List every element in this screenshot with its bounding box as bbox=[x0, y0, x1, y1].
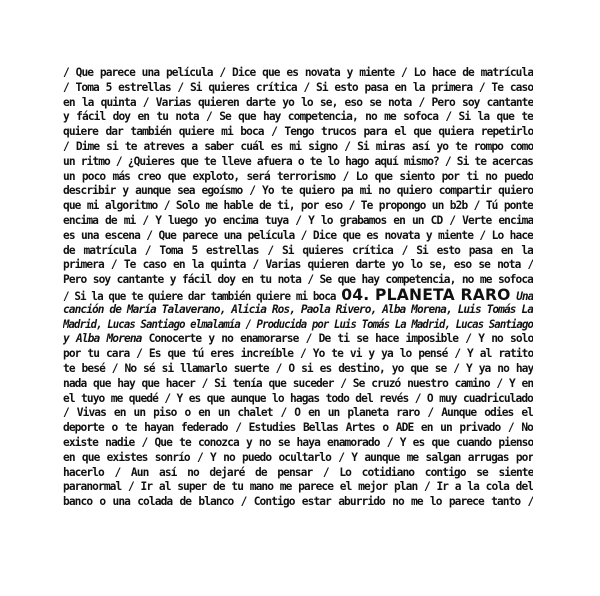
track-heading-line: / Si la que te quiere dar también quiere… bbox=[63, 288, 533, 303]
lyrics-line: un ritmo / ¿Quieres que te lleve afuera … bbox=[63, 155, 533, 170]
track-credit: Una bbox=[516, 290, 533, 303]
lyrics-start: Conocerte y no enamorarse / De ti se hac… bbox=[149, 332, 533, 345]
lyrics-line: encima de mi / Y luego yo encima tuya / … bbox=[63, 214, 533, 229]
lyrics-line: en la quinta / Varias quieren darte yo l… bbox=[63, 96, 533, 111]
lyrics-page: / Que parece una película / Dice que es … bbox=[63, 66, 533, 510]
lyrics-line: por tu cara / Es que tú eres increíble /… bbox=[63, 347, 533, 362]
lyrics-line: / Que parece una película / Dice que es … bbox=[63, 66, 533, 81]
lyrics-line: banco o una colada de blanco / Contigo e… bbox=[63, 495, 533, 510]
lyrics-line: es una escena / Que parece una película … bbox=[63, 229, 533, 244]
lyrics-line: nada que hay que hacer / Si tenía que su… bbox=[63, 377, 533, 392]
lyrics-line: te besé / No sé si llamarlo suerte / O s… bbox=[63, 362, 533, 377]
lyrics-line: un poco más creo que exploto, será terro… bbox=[63, 170, 533, 185]
lyrics-line: el tuyo me quedé / Y es que aunque lo ha… bbox=[63, 392, 533, 407]
credit-line: canción de María Talaverano, Alicia Ros,… bbox=[63, 303, 533, 318]
credit-line-end: y Alba Morena bbox=[63, 332, 142, 345]
lyrics-line: y fácil doy en tu nota / Se que hay comp… bbox=[63, 110, 533, 125]
lyrics-line: quiere dar también quiere mi boca / Teng… bbox=[63, 125, 533, 140]
lyrics-line: deporte o te hayan federado / Estudies B… bbox=[63, 421, 533, 436]
credit-line: Madrid, Lucas Santiago elmalamía / Produ… bbox=[63, 318, 533, 333]
lyrics-line: primera / Te caso en la quinta / Varias … bbox=[63, 258, 533, 273]
lyrics-line: de matrícula / Toma 5 estrellas / Si qui… bbox=[63, 244, 533, 259]
lyrics-line: existe nadie / Que te conozca y no se ha… bbox=[63, 436, 533, 451]
lyrics-line: que mi algoritmo / Solo me hable de ti, … bbox=[63, 199, 533, 214]
lyrics-line: en que existes sonrío / Y no puedo ocult… bbox=[63, 451, 533, 466]
lyrics-line: hacerlo / Aun así no dejaré de pensar / … bbox=[63, 466, 533, 481]
lyrics-line: describir y aunque sea egoísmo / Yo te q… bbox=[63, 184, 533, 199]
lyrics-line: Pero soy cantante y fácil doy en tu nota… bbox=[63, 273, 533, 288]
lyrics-line: y Alba Morena Conocerte y no enamorarse … bbox=[63, 332, 533, 347]
lyrics-line: / Toma 5 estrellas / Si quieres crítica … bbox=[63, 81, 533, 96]
track-title: 04. PLANETA RARO bbox=[341, 288, 510, 303]
lyrics-line: / Dime si te atreves a saber cuál es mi … bbox=[63, 140, 533, 155]
lyrics-line: paranormal / Ir al super de tu mano me p… bbox=[63, 480, 533, 495]
lyrics-line: / Vivas en un piso o en un chalet / O en… bbox=[63, 406, 533, 421]
lyrics-line-lead: / Si la que te quiere dar también quiere… bbox=[63, 290, 336, 303]
